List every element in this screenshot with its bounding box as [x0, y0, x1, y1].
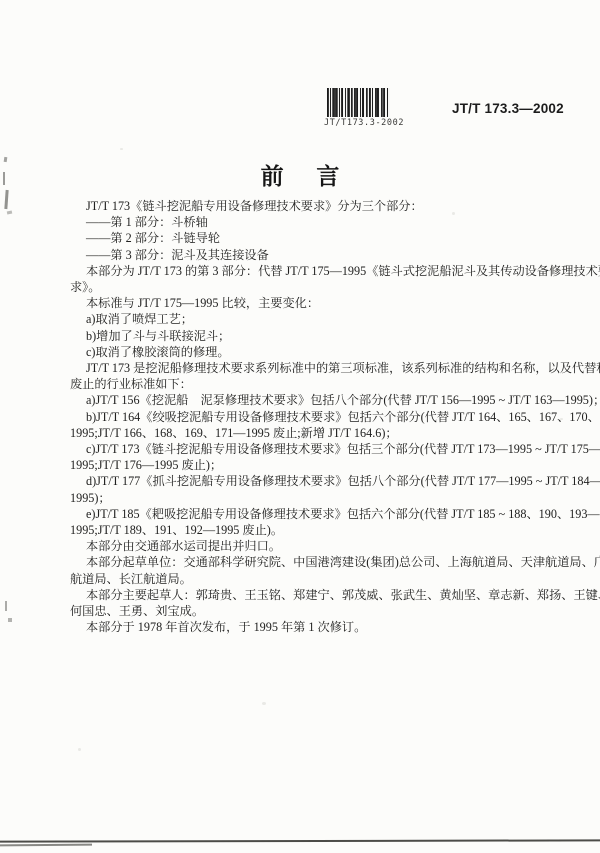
- barcode-label: JT/T173.3-2002: [324, 118, 394, 128]
- body-line: 1995;JT/T 176—1995 废止)；: [70, 457, 556, 473]
- scan-mark: [5, 601, 7, 611]
- scan-mark: [8, 618, 12, 622]
- page-title: 前 言: [0, 158, 600, 191]
- body-line: e)JT/T 185《耙吸挖泥船专用设备修理技术要求》包括六个部分(代替 JT/…: [70, 506, 556, 522]
- body-line: c)JT/T 173《链斗挖泥船专用设备修理技术要求》包括三个部分(代替 JT/…: [70, 441, 556, 457]
- page-bottom-edge: [0, 839, 600, 842]
- body-line: JT/T 173《链斗挖泥船专用设备修理技术要求》分为三个部分：: [70, 198, 556, 214]
- body-line: 废止的行业标准如下：: [70, 376, 556, 392]
- scan-speckle: [78, 748, 81, 751]
- body-line: 航道局、长江航道局。: [70, 571, 556, 587]
- barcode: JT/T173.3-2002: [324, 88, 394, 128]
- body-line: c)取消了橡胶滚筒的修理。: [70, 344, 556, 360]
- body-line: b)增加了斗与斗联接泥斗；: [70, 328, 556, 344]
- body-line: a)JT/T 156《挖泥船 泥泵修理技术要求》包括八个部分(代替 JT/T 1…: [70, 392, 556, 408]
- barcode-bars-icon: [327, 88, 390, 117]
- body-line: JT/T 173 是挖泥船修理技术要求系列标准中的第三项标准，该系列标准的结构和…: [70, 360, 556, 376]
- body-line: d)JT/T 177《抓斗挖泥船专用设备修理技术要求》包括八个部分(代替 JT/…: [70, 473, 556, 489]
- page-bottom-edge-secondary: [0, 844, 92, 846]
- body-line: 何国忠、王勇、刘宝成。: [70, 603, 556, 619]
- body-line: 求》。: [70, 279, 556, 295]
- scan-mark: [3, 172, 5, 185]
- scan-speckle: [120, 148, 123, 150]
- body-line: 本部分起草单位：交通部科学研究院、中国港湾建设(集团)总公司、上海航道局、天津航…: [70, 554, 556, 570]
- body-line: 本部分由交通部水运司提出并归口。: [70, 538, 556, 554]
- body-line: 1995)；: [70, 490, 556, 506]
- scan-mark: [7, 211, 13, 215]
- body-line: a)取消了喷焊工艺；: [70, 311, 556, 327]
- document-page: JT/T173.3-2002 JT/T 173.3—2002 前 言 JT/T …: [0, 0, 600, 853]
- scan-mark: [4, 190, 8, 209]
- foreword-body: JT/T 173《链斗挖泥船专用设备修理技术要求》分为三个部分：——第 1 部分…: [70, 198, 556, 635]
- body-line: ——第 1 部分：斗桥轴: [70, 214, 556, 230]
- standard-number: JT/T 173.3—2002: [452, 101, 564, 116]
- body-line: ——第 3 部分：泥斗及其连接设备: [70, 247, 556, 263]
- body-line: 本部分为 JT/T 173 的第 3 部分：代替 JT/T 175—1995《链…: [70, 263, 556, 279]
- body-line: 1995;JT/T 166、168、169、171—1995 废止;新增 JT/…: [70, 425, 556, 441]
- body-line: 本标准与 JT/T 175—1995 比较，主要变化：: [70, 295, 556, 311]
- scan-speckle: [262, 702, 266, 705]
- body-line: 1995;JT/T 189、191、192—1995 废止)。: [70, 522, 556, 538]
- body-line: 本部分于 1978 年首次发布，于 1995 年第 1 次修订。: [70, 619, 556, 635]
- body-line: b)JT/T 164《绞吸挖泥船专用设备修理技术要求》包括六个部分(代替 JT/…: [70, 409, 556, 425]
- body-line: 本部分主要起草人：郭琦贵、王玉铭、郑建宁、郭茂威、张武生、黄灿坚、章志新、郑扬、…: [70, 587, 556, 603]
- body-line: ——第 2 部分：斗链导轮: [70, 230, 556, 246]
